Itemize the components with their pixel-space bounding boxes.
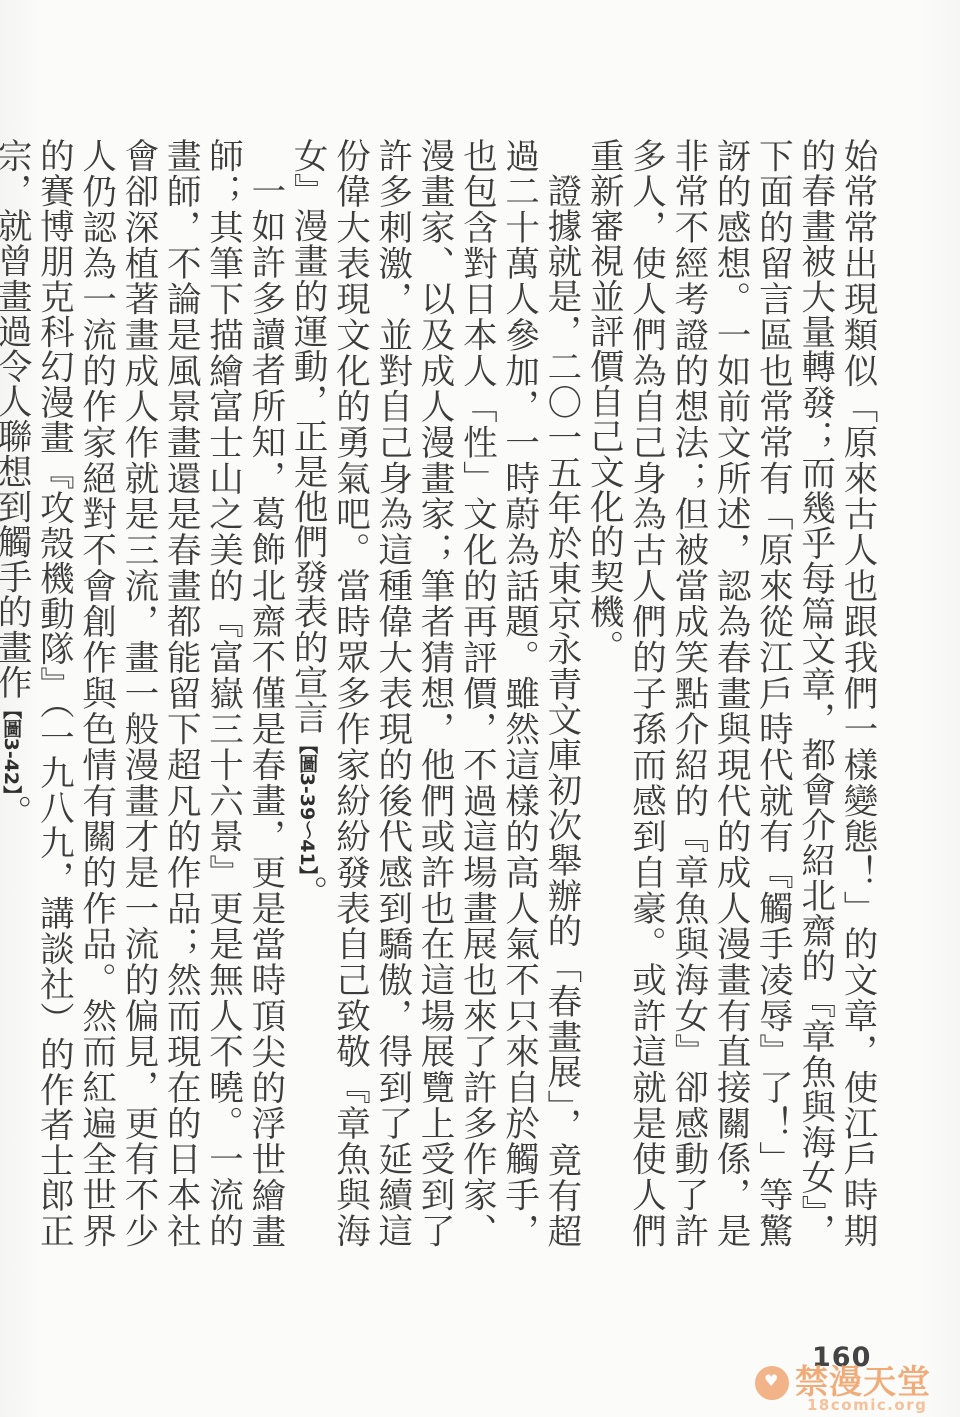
figure-reference: 【圖3-42】 [0,700,22,795]
figure-reference: 【圖3-39～41】 [296,735,318,876]
paragraph: 始常常出現類似「原來古人也跟我們一樣變態！」的文章，使江戶時期的春畫被大量轉發；… [582,138,878,1248]
book-page: 始常常出現類似「原來古人也跟我們一樣變態！」的文章，使江戶時期的春畫被大量轉發；… [0,0,960,1417]
paragraph-text: 。 [0,795,31,830]
vertical-body-text: 始常常出現類似「原來古人也跟我們一樣變態！」的文章，使江戶時期的春畫被大量轉發；… [0,138,878,1248]
paragraph-text: 始常常出現類似「原來古人也跟我們一樣變態！」的文章，使江戶時期的春畫被大量轉發；… [583,138,877,1248]
paragraph-text: 證據就是，二〇一五年於東京永青文庫初次舉辦的「春畫展」，竟有超過二十萬人參加，一… [287,138,581,1248]
heart-badge-icon [755,1366,789,1400]
paragraph-text: 。 [287,875,327,910]
watermark-url: 18comic.org [807,1396,927,1414]
paragraph-text: 一如許多讀者所知，葛飾北齋不僅是春畫，更是當時頂尖的浮世繪畫師；其筆下描繪富士山… [0,138,285,1248]
site-watermark: 禁漫天堂 18comic.org [755,1352,955,1414]
paragraph: 證據就是，二〇一五年於東京永青文庫初次舉辦的「春畫展」，竟有超過二十萬人參加，一… [286,138,582,1248]
paragraph: 一如許多讀者所知，葛飾北齋不僅是春畫，更是當時頂尖的浮世繪畫師；其筆下描繪富士山… [0,138,286,1248]
